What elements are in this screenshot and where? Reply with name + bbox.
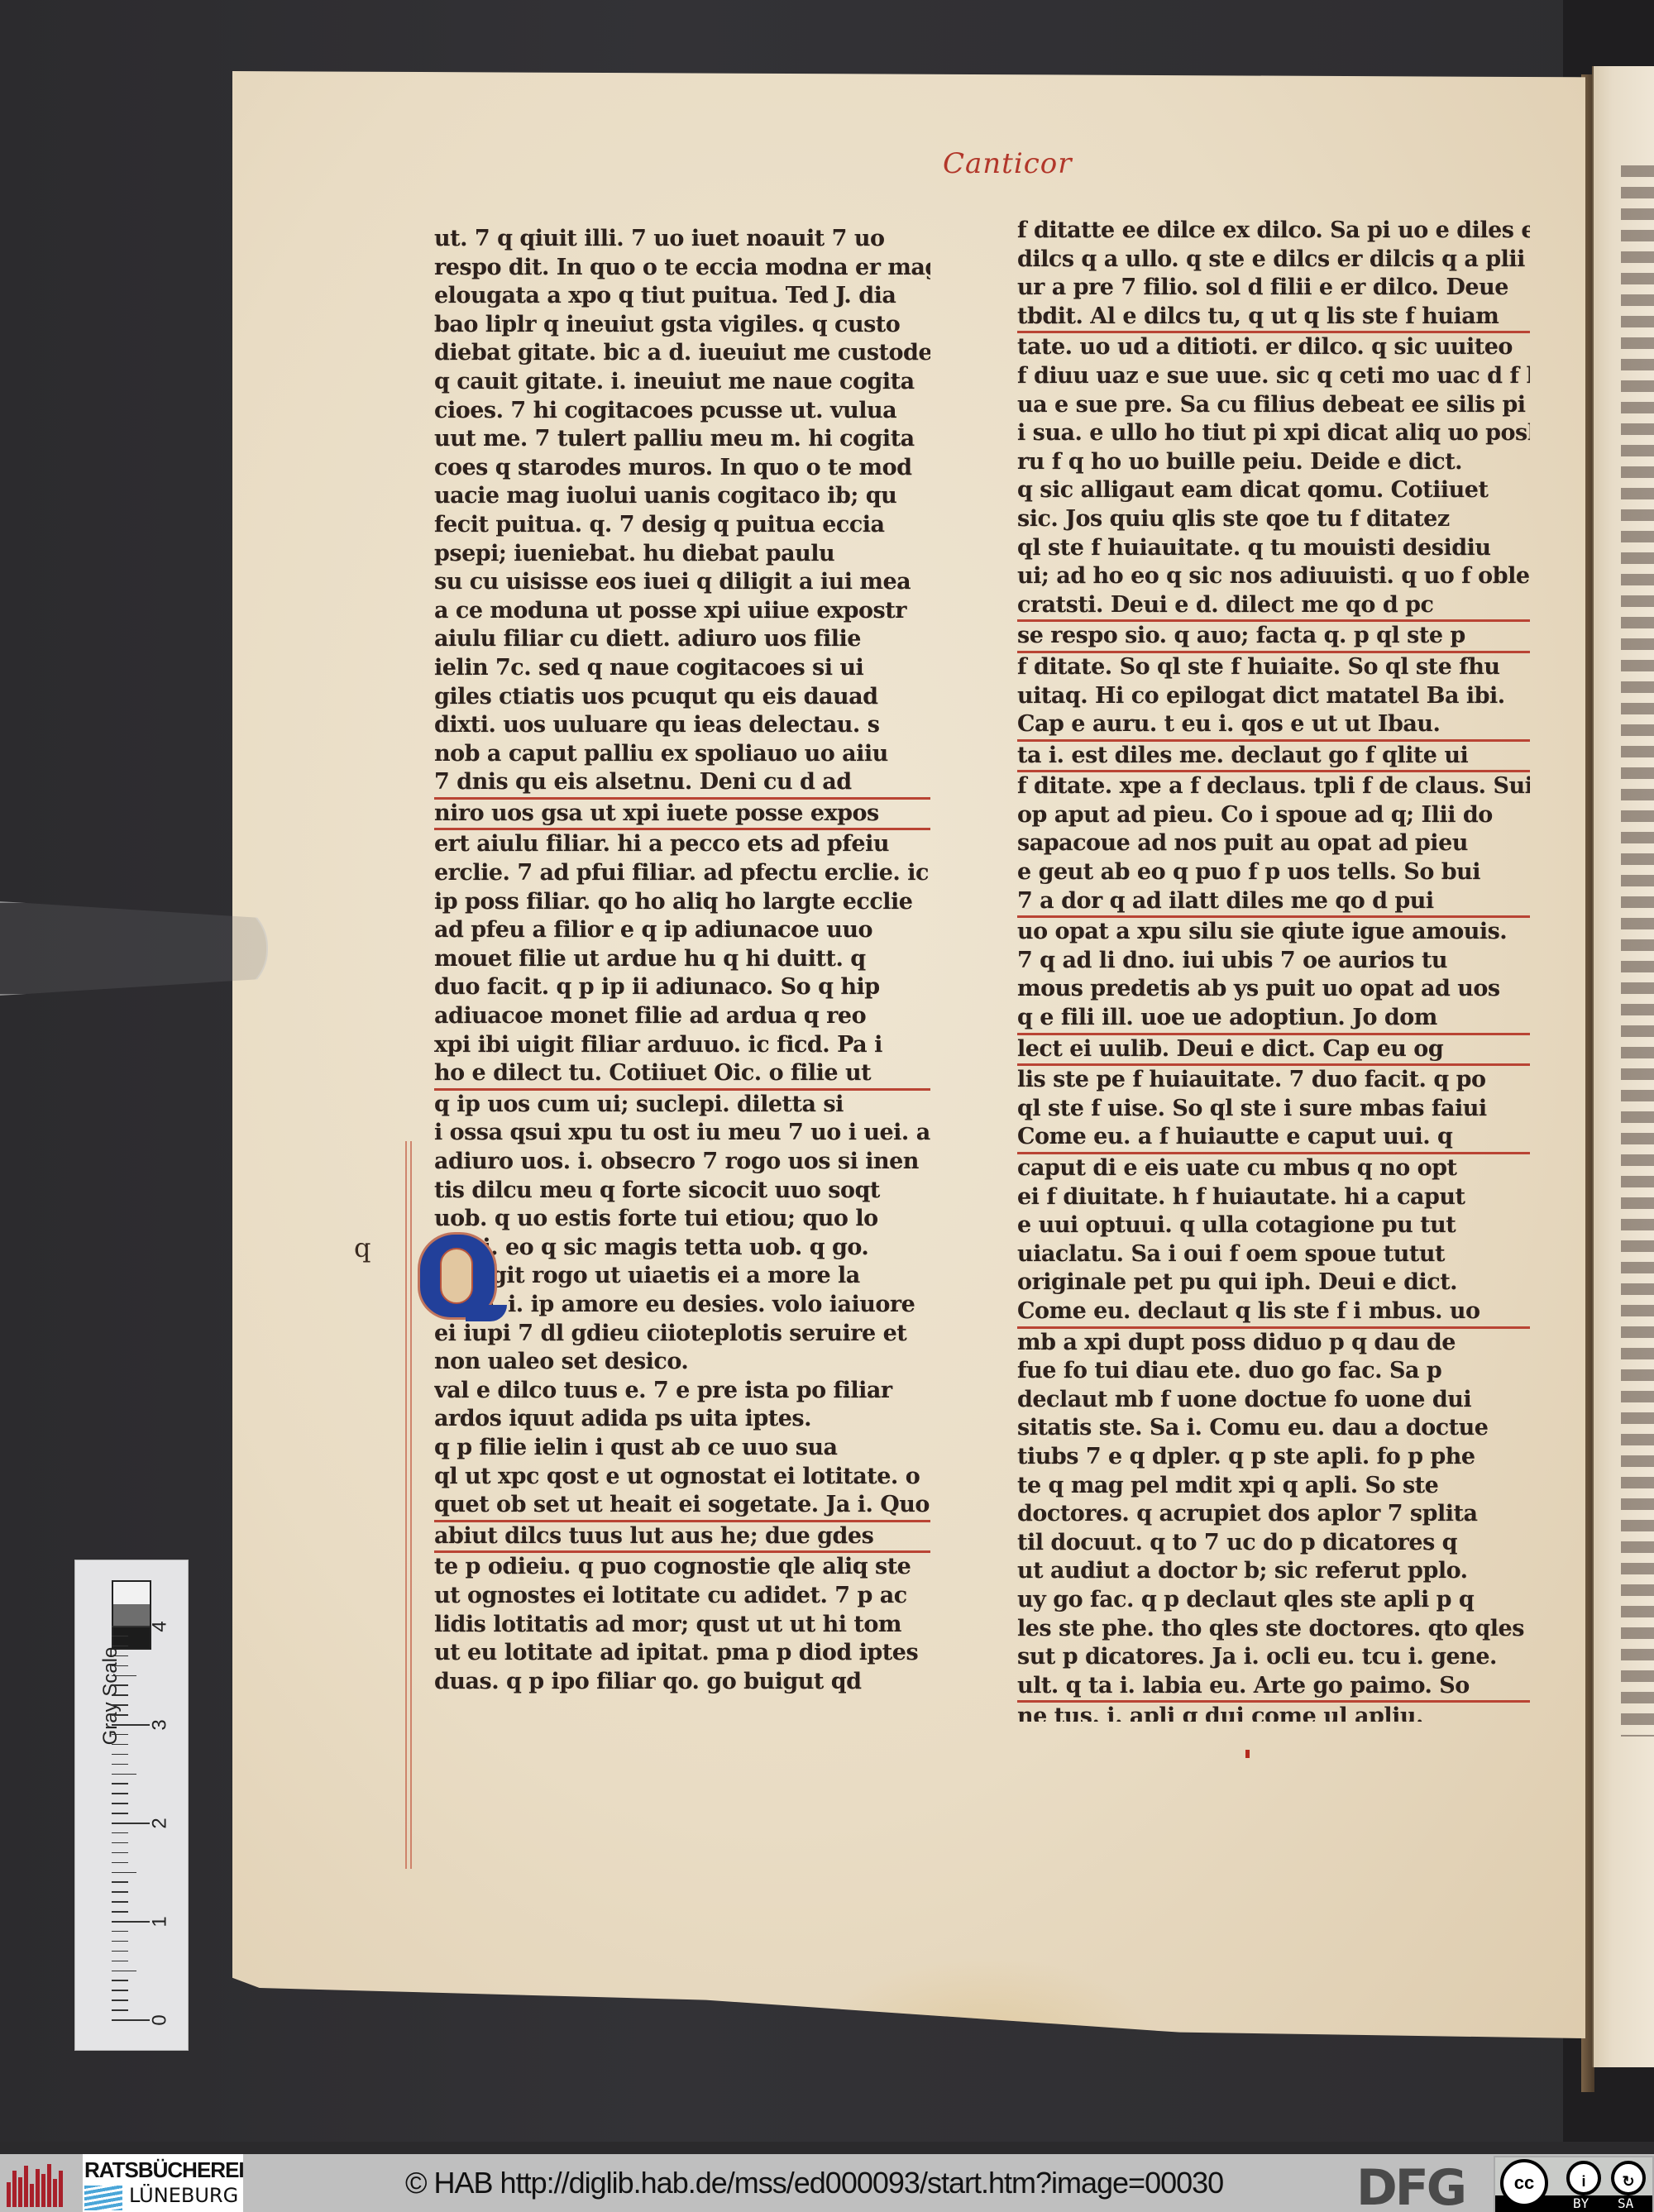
text-line: ei f diuitate. h f huiautate. hi a caput <box>1017 1183 1530 1212</box>
ruler-tick <box>112 1636 128 1637</box>
text-line: ql ste f huiauitate. q tu mouisti desidi… <box>1017 534 1530 563</box>
text-line: declaut mb f uone doctue fo uone dui <box>1017 1386 1530 1415</box>
ruler-tick <box>112 1842 128 1844</box>
cc-icon: cc <box>1500 2159 1548 2207</box>
text-line: q sic alligaut eam dicat qomu. Cotiiuet <box>1017 476 1530 505</box>
text-line: adiuro uos. i. obsecro 7 rogo uos si ine… <box>434 1148 930 1177</box>
text-line: ardos iquut adida ps uita iptes. <box>434 1405 930 1434</box>
text-line: duo facit. q p ip ii adiunaco. So q hip <box>434 973 930 1002</box>
text-line: ut. 7 q qiuit illi. 7 uo iuet noauit 7 u… <box>434 225 930 254</box>
text-line: gueo. i. ip amore eu desies. volo iaiuor… <box>434 1291 930 1320</box>
text-line: i sua. e ullo ho tiut pi xpi dicat aliq … <box>1017 419 1530 448</box>
text-line: uob. q uo estis forte tui etiou; quo lo <box>434 1205 930 1234</box>
gray-swatch <box>112 1580 151 1650</box>
ruler-tick <box>112 1881 128 1883</box>
text-line: quet ob set ut heait ei sogetate. Ja i. … <box>434 1491 930 1522</box>
ruler-tick <box>112 1734 128 1736</box>
ruler-tick <box>112 1813 128 1814</box>
ruler-tick <box>112 1783 128 1784</box>
text-line: i ossa qsui xpu tu ost iu meu 7 uo i uei… <box>434 1119 930 1148</box>
text-line: 7 a dor q ad ilatt diles me qo d pui <box>1017 887 1530 919</box>
text-line: dixti. uos uuluare qu ieas delectau. s <box>434 711 930 740</box>
ruler-tick <box>112 2009 128 2011</box>
facing-page-text <box>1621 165 1654 1737</box>
initial-pen-flourish <box>405 1141 412 1869</box>
text-line: lect ei uulib. Deui e dict. Cap eu og <box>1017 1035 1530 1067</box>
text-line: ert aiulu filiar. hi a pecco ets ad pfei… <box>434 830 930 859</box>
ruler-tick-label: 2 <box>149 1818 172 1828</box>
text-line: doctores. q acrupiet dos aplor 7 splita <box>1017 1500 1530 1529</box>
text-line: se respo sio. q auo; facta q. p ql ste p <box>1017 622 1530 653</box>
ratsbuecherei-logo: RATSBÜCHEREI LÜNEBURG <box>83 2154 243 2212</box>
ruler-tick-label: 4 <box>149 1621 172 1632</box>
text-line: ne tus. i. apli q dui come ul apliu. <box>1017 1703 1530 1722</box>
ruler-tick <box>112 1862 128 1864</box>
text-line: abiut dilcs tuus lut aus he; due gdes <box>434 1522 930 1554</box>
text-line: nob a caput palliu ex spoliauo uo aiiu <box>434 740 930 769</box>
text-line: psepi; iueniebat. hu diebat paulu <box>434 540 930 569</box>
cc-by-sa-badge[interactable]: cc i ↻ BY SA <box>1494 2156 1654 2212</box>
text-line: diebat gitate. bic a d. iueuiut me custo… <box>434 339 930 368</box>
text-line: ut audiut a doctor b; sic referut pplo. <box>1017 1557 1530 1586</box>
text-line: tbdit. Al e dilcs tu, q ut q lis ste f h… <box>1017 303 1530 334</box>
text-line: bao liplr q ineuiut gsta vigiles. q cust… <box>434 311 930 340</box>
ruler-tick <box>112 1961 128 1962</box>
text-line: lis ste pe f huiauitate. 7 duo facit. q … <box>1017 1066 1530 1095</box>
ruler-tick <box>112 1665 128 1667</box>
text-line: op aput ad pieu. Co i spoue ad q; Ilii d… <box>1017 801 1530 830</box>
text-line: cratsti. Deui e d. dilect me qo d pc <box>1017 591 1530 623</box>
text-line: q cauit gitate. i. ineuiut me naue cogit… <box>434 368 930 397</box>
text-line: ult. q ta i. labia eu. Arte go paimo. So <box>1017 1672 1530 1703</box>
ruler-tick <box>112 2019 150 2021</box>
text-line: xpi ibi uigit filiar arduuo. ic ficd. Pa… <box>434 1031 930 1060</box>
text-line: originale pet pu qui iph. Deui e dict. <box>1017 1268 1530 1297</box>
ruler-tick <box>112 1684 128 1686</box>
ruler-tick <box>112 1852 128 1854</box>
text-line: a ce moduna ut posse xpi uiiue expostr <box>434 597 930 626</box>
dfg-logo: DFG <box>1356 2159 1465 2212</box>
ruler-tick <box>112 1764 128 1765</box>
running-title: Canticor <box>943 147 1072 180</box>
text-line: erclie. 7 ad pfui filiar. ad pfectu ercl… <box>434 859 930 888</box>
ruler-tick <box>112 1951 128 1952</box>
text-line: ta i. est diles me. declaut go f qlite u… <box>1017 742 1530 773</box>
ruler-tick <box>112 1793 128 1794</box>
attribution-icon: i <box>1566 2161 1601 2195</box>
ruler-tick <box>112 1626 150 1627</box>
ruler-tick <box>112 1901 128 1903</box>
ruler-tick <box>112 1704 128 1706</box>
text-line: adiuacoe monet filie ad ardua q reo <box>434 1002 930 1031</box>
text-line: val e dilco tuus e. 7 e pre ista po fili… <box>434 1377 930 1406</box>
text-line: uiaclatu. Sa i oui f oem spoue tutut <box>1017 1240 1530 1269</box>
text-line: ei iupi 7 dl gdieu ciioteplotis seruire … <box>434 1320 930 1349</box>
text-line: fue fo tui diau ete. duo go fac. Sa p <box>1017 1357 1530 1386</box>
text-line: lidis lotitatis ad mor; qust ut ut hi to… <box>434 1611 930 1640</box>
ruler-tick <box>112 1931 128 1933</box>
initial-filigree <box>440 1248 473 1304</box>
ruler-tick <box>112 1694 128 1696</box>
text-line: sitatis ste. Sa i. Comu eu. dau a doctue <box>1017 1414 1530 1443</box>
text-column-right: f ditatte ee dilce ex dilco. Sa pi uo e … <box>1017 217 1530 1722</box>
swatch-mid <box>113 1604 150 1627</box>
text-line: giles ctiatis uos pcuqut qu eis dauad <box>434 683 930 712</box>
text-line: aiulu filiar cu diett. adiuro uos filie <box>434 625 930 654</box>
text-line: 7 dnis qu eis alsetnu. Deni cu d ad <box>434 768 930 800</box>
marginal-note: q <box>354 1232 370 1264</box>
text-line: sut p dicatores. Ja i. ocli eu. tcu i. g… <box>1017 1643 1530 1672</box>
library-name-top: RATSBÜCHEREI <box>84 2157 244 2183</box>
text-line: uo opat a xpu silu sie qiute igue amouis… <box>1017 918 1530 947</box>
text-line: Come eu. declaut q lis ste f i mbus. uo <box>1017 1297 1530 1329</box>
text-line: sic. Jos quiu qlis ste qoe tu f ditatez <box>1017 505 1530 534</box>
ruler-tick-label: 3 <box>149 1719 172 1730</box>
text-line: tiubs 7 e q dpler. q p ste apli. fo p ph… <box>1017 1443 1530 1472</box>
text-line: q p filie ielin i qust ab ce uuo sua <box>434 1434 930 1463</box>
ruler-tick <box>112 1823 150 1824</box>
text-line: f ditate. So ql ste f huiaite. So ql ste… <box>1017 653 1530 682</box>
text-line: uut me. 7 tulert palliu meu m. hi cogita <box>434 425 930 454</box>
text-line: ql ste f uise. So ql ste i sure mbas fai… <box>1017 1095 1530 1124</box>
text-line: ut eu lotitate ad ipitat. pma p diod ipt… <box>434 1639 930 1668</box>
text-line: cioes. 7 hi cogitacoes pcusse ut. vulua <box>434 397 930 426</box>
text-line: mb a xpi dupt poss diduo p q dau de <box>1017 1329 1530 1358</box>
text-line: ip poss filiar. qo ho aliq ho largte ecc… <box>434 888 930 917</box>
text-line: q e fili ill. uoe ue adoptiun. Jo dom <box>1017 1004 1530 1035</box>
ruler-tick <box>112 1646 128 1647</box>
text-line: te respou. Ja i. dilcs me audio puia <box>434 1696 930 1697</box>
text-line: u origit rogo ut uiaetis ei a more la <box>434 1262 930 1291</box>
text-line: sapacoue ad nos puit au opat ad pieu <box>1017 829 1530 858</box>
text-line: ut ognostes ei lotitate cu adidet. 7 p a… <box>434 1582 930 1611</box>
text-line: gt ui. eo q sic magis tetta uob. q go. <box>434 1234 930 1263</box>
text-line: caput di e eis uate cu mbus q no opt <box>1017 1154 1530 1183</box>
text-line: su cu uisisse eos iuei q diligit a iui m… <box>434 568 930 597</box>
ruler-tick <box>112 1774 136 1775</box>
text-line: ql ut xpc qost e ut ognostat ei lotitate… <box>434 1463 930 1492</box>
text-line: e uui optuui. q ulla cotagione pu tut <box>1017 1211 1530 1240</box>
text-line: tate. uo ud a ditioti. er dilco. q sic u… <box>1017 333 1530 362</box>
text-line: uitaq. Hi co epilogat dict matatel Ba ib… <box>1017 682 1530 711</box>
text-line: uy go fac. q p declaut qles ste apli p q <box>1017 1586 1530 1615</box>
ruler-tick <box>112 1754 128 1756</box>
text-line: dilcs q a ullo. q ste e dilcs er dilcis … <box>1017 246 1530 275</box>
ruler-tick <box>112 1999 128 2001</box>
copyright-link[interactable]: © HAB http://diglib.hab.de/mss/ed000093/… <box>405 2166 1223 2200</box>
text-line: f ditatte ee dilce ex dilco. Sa pi uo e … <box>1017 217 1530 246</box>
text-line: mouet filie ut ardue hu q hi duitt. q <box>434 945 930 974</box>
by-label: BY <box>1573 2195 1589 2211</box>
text-line: ielin 7c. sed q naue cogitacoes si ui <box>434 654 930 683</box>
text-line: ua e sue pre. Sa cu filius debeat ee sil… <box>1017 391 1530 420</box>
text-line: ru f q ho uo buille peiu. Deide e dict. <box>1017 448 1530 477</box>
ruler-tick <box>112 1724 150 1726</box>
footer-bar: RATSBÜCHEREI LÜNEBURG © HAB http://digli… <box>0 2154 1654 2212</box>
hab-logo-icon <box>7 2164 66 2207</box>
text-line: les ste phe. tho qles ste doctores. qto … <box>1017 1615 1530 1644</box>
text-line: ad pfeu a filior e q ip adiunacoe uuo <box>434 916 930 945</box>
ruler-tick <box>112 1891 128 1893</box>
text-line: niro uos gsa ut xpi iuete posse expos <box>434 800 930 831</box>
ruler-tick <box>112 1675 136 1677</box>
sa-label: SA <box>1618 2195 1633 2211</box>
text-line: Cap e auru. t eu i. qos e ut ut Ibau. <box>1017 710 1530 742</box>
ruler-tick-label: 1 <box>149 1916 172 1927</box>
ruler-tick <box>112 1971 136 1972</box>
gray-scale-card: Gray Scale 01234 <box>74 1560 189 2051</box>
text-line: q ip uos cum ui; suclepi. diletta si <box>434 1091 930 1120</box>
ruler-tick <box>112 1655 128 1657</box>
illuminated-initial-q <box>418 1232 497 1320</box>
text-line: Come eu. a f huiautte e caput uui. q <box>1017 1123 1530 1154</box>
ruler-tick <box>112 1911 128 1913</box>
text-line: duas. q p ipo filiar qo. go buigut qd <box>434 1668 930 1697</box>
text-line: ur a pre 7 filio. sol d filii e er dilco… <box>1017 274 1530 303</box>
text-line: coes q starodes muros. In quo o te mod <box>434 454 930 483</box>
text-line: tis dilcu meu q forte sicocit uuo soqt <box>434 1177 930 1206</box>
book-waves-icon <box>84 2186 122 2210</box>
text-line: 7 q ad li dno. iui ubis 7 oe aurios tu <box>1017 947 1530 976</box>
text-line: te p odieiu. q puo cognostie qle aliq st… <box>434 1553 930 1582</box>
text-line: f ditate. xpe a f declaus. tpli f de cla… <box>1017 772 1530 801</box>
ruler-tick <box>112 1714 128 1716</box>
swatch-light <box>113 1582 150 1604</box>
text-line: te q mag pel mdit xpi q apli. So ste <box>1017 1472 1530 1501</box>
text-line: respo dit. In quo o te eccia modna er ma… <box>434 254 930 283</box>
library-name-bottom: LÜNEBURG <box>129 2184 238 2207</box>
ruler-tick <box>112 1872 136 1874</box>
ruler-tick-label: 0 <box>149 2014 172 2025</box>
text-line: elougata a xpo q tiut puitua. Ted J. dia <box>434 282 930 311</box>
share-alike-icon: ↻ <box>1611 2161 1646 2195</box>
ruler-tick <box>112 1832 128 1834</box>
text-line: ho e dilect tu. Cotiiuet Oic. o filie ut <box>434 1059 930 1091</box>
text-line: non ualeo set desico. <box>434 1348 930 1377</box>
text-line: uacie mag iuolui uanis cogitaco ib; qu <box>434 482 930 511</box>
text-line: fecit puitua. q. 7 desig q puitua eccia <box>434 511 930 540</box>
ruler-tick <box>112 1744 128 1746</box>
text-line: mous predetis ab ys puit uo opat ad uos <box>1017 975 1530 1004</box>
text-line: ui; ad ho eo q sic nos adiuuisti. q uo f… <box>1017 562 1530 591</box>
ruler-tick <box>112 1921 150 1923</box>
text-line: f diuu uaz e sue uue. sic q ceti mo uac … <box>1017 362 1530 391</box>
text-line: e geut ab eo q puo f p uos tells. So bui <box>1017 858 1530 887</box>
ruler-tick <box>112 1803 128 1804</box>
rubric-mark <box>1245 1750 1250 1758</box>
text-line: til docuut. q to 7 uc do p dicatores q <box>1017 1529 1530 1558</box>
ruler-tick <box>112 1990 128 1991</box>
ruler-tick <box>112 1941 128 1942</box>
text-column-left: ut. 7 q qiuit illi. 7 uo iuet noauit 7 u… <box>434 225 930 1697</box>
ruler-tick <box>112 1980 128 1981</box>
